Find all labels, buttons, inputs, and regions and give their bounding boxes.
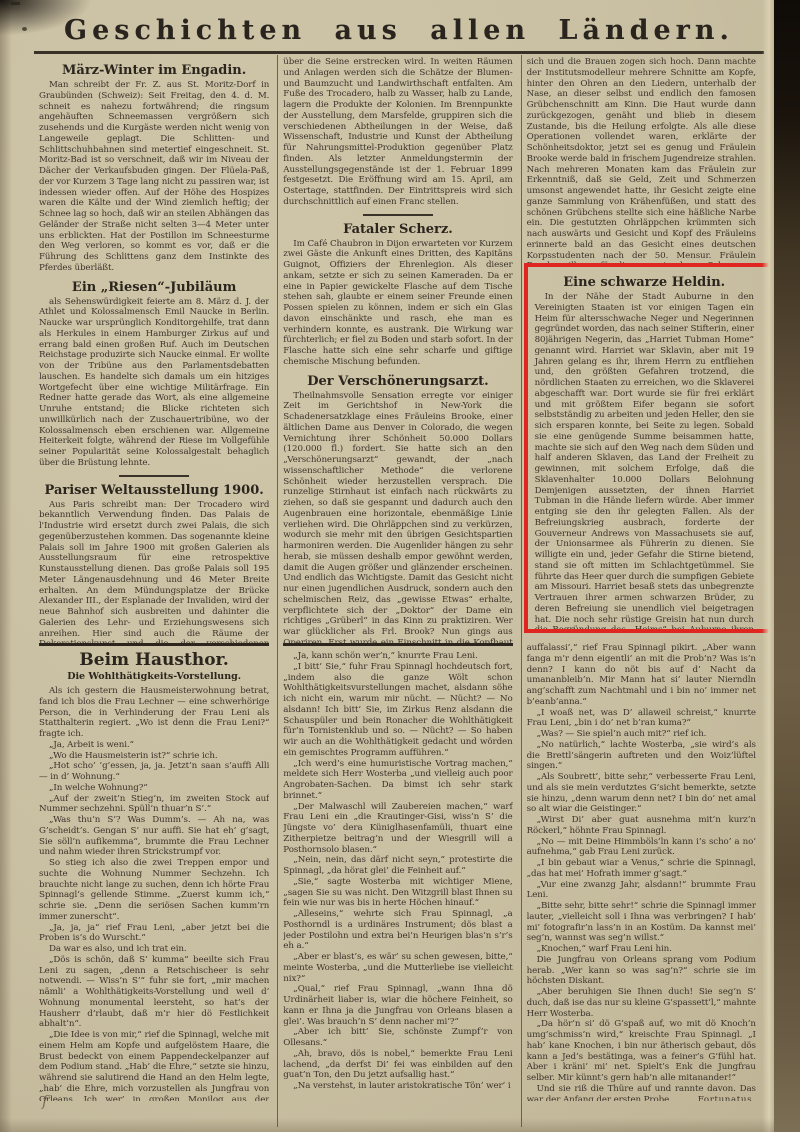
feuilleton-paragraph: „No — mit Deine Himmböls’ln kann i’s sch… — [527, 837, 756, 859]
column-2-top-section: über die Seine erstrecken wird. In weite… — [283, 57, 512, 643]
feuilleton-dialogue: „Ja, kann schön wer’n,“ knurrte Frau Len… — [283, 651, 512, 1092]
column-3-feuilleton-section: auffalassi’,“ rief Frau Spinnagl pikirt.… — [527, 643, 756, 1101]
column-layout: März-Winter im Engadin. Man schreibt der… — [34, 55, 764, 1127]
edge-shadow-right — [774, 0, 800, 1132]
edge-shadow-left — [0, 0, 12, 1132]
separator-rule — [363, 214, 433, 216]
feuilleton-paragraph: „Wo die Hausmeisterin ist?“ schrie ich. — [39, 751, 269, 762]
article-body-fataler-scherz: Im Café Chaubron in Dijon erwarteten vor… — [283, 239, 512, 368]
article-body-riesen-jubilaeum: als Sehenswürdigkeit feierte am 8. März … — [39, 297, 269, 469]
author-signature: Fortunatus. — [672, 1095, 756, 1102]
feuilleton-paragraph: „I bin gebaut wiar a Venus,“ schrie die … — [527, 858, 756, 880]
feuilleton-paragraph: „Als Soubrett’, bitte sehr,“ verbesserte… — [527, 772, 756, 815]
separator-rule — [119, 475, 189, 477]
paper-speck — [22, 27, 27, 31]
feuilleton-paragraph: „Knochen,“ warf Frau Leni hin. — [527, 944, 756, 955]
masthead-rule — [34, 51, 764, 54]
feuilleton-paragraph: „Was? — Sie spiel’n auch mit?“ rief ich. — [527, 729, 756, 740]
feuilleton-paragraph: „Alleseins,“ wehrte sich Frau Spinnagl, … — [283, 909, 512, 952]
feuilleton-title: Beim Hausthor. — [39, 651, 269, 670]
article-body-weltausstellung: Aus Paris schreibt man: Der Trocadero wi… — [39, 500, 269, 644]
feuilleton-paragraph: „Sie,“ sagte Wosterba mit wichtiger Mien… — [283, 877, 512, 909]
weltausstellung-continuation: über die Seine erstrecken wird. In weite… — [283, 57, 512, 208]
verschoenerungsarzt-continuation: sich und die Brauen zogen sich hoch. Dan… — [527, 57, 756, 263]
article-heading-weltausstellung: Pariser Weltausstellung 1900. — [39, 483, 269, 498]
feuilleton-paragraph: „Aber beruhigen Sie Ihnen duch! Sie seg’… — [527, 987, 756, 1019]
feuilleton-paragraph: „Ich werd’s eine humuristische Vortrag m… — [283, 759, 512, 802]
feuilleton-paragraph: „Dös is schön, daß S’ kumma“ beeilte sic… — [39, 955, 269, 1030]
feuilleton-paragraph: „Nein, nein, das därf nicht seyn,“ prote… — [283, 855, 512, 877]
corner-shadow-top-left — [0, 0, 92, 36]
feuilleton-paragraph: „Auf der zweit’n Stieg’n, im zweiten Sto… — [39, 794, 269, 816]
section-divider-rule — [283, 643, 512, 646]
feuilleton-paragraph: „Der Malwaschl will Zaubereien machen,“ … — [283, 802, 512, 856]
feuilleton-paragraph: „I woaß net, was D’ allaweil schreist,“ … — [527, 708, 756, 730]
feuilleton-paragraph: „Die Idee is von mir,“ rief die Spinnagl… — [39, 1030, 269, 1101]
feuilleton-paragraph: „Ja, Arbeit is weni.“ — [39, 740, 269, 751]
column-3-top-section: sich und die Brauen zogen sich hoch. Dan… — [527, 57, 756, 263]
page-content: Geschichten aus allen Ländern. März-Wint… — [34, 6, 764, 1127]
column-1: März-Winter im Engadin. Man schreibt der… — [34, 55, 277, 1127]
edge-shadow-bottom — [0, 1118, 774, 1132]
column-2: über die Seine erstrecken wird. In weite… — [277, 55, 520, 1127]
feuilleton-paragraph: Da war es also, und ich trat ein. — [39, 944, 269, 955]
article-body-verschoenerungsarzt: Theilnahmsvolle Sensation erregte vor ei… — [283, 391, 512, 644]
article-heading-schwarze-heldin: Eine schwarze Heldin. — [535, 275, 754, 290]
feuilleton-paragraph: „Vur eine zwanzg Jahr, alsdann!“ brummte… — [527, 880, 756, 902]
handwritten-mark: f — [42, 1092, 48, 1110]
highlight-region: Eine schwarze Heldin. In der Nähe der St… — [524, 263, 788, 633]
newspaper-page: Geschichten aus allen Ländern. März-Wint… — [0, 0, 800, 1132]
feuilleton-paragraph: „Na verstehst, in lauter aristokratische… — [283, 1081, 512, 1092]
article-heading-riesen-jubilaeum: Ein „Riesen“-Jubiläum — [39, 280, 269, 295]
feuilleton-paragraph: „Ja, kann schön wer’n,“ knurrte Frau Len… — [283, 651, 512, 662]
feuilleton-paragraph: auffalassi’,“ rief Frau Spinnagl pikirt.… — [527, 643, 756, 708]
section-divider-rule — [39, 643, 269, 646]
feuilleton-paragraph: „Da hör’n si’ dö G’spaß auf, wo mit dö K… — [527, 1019, 756, 1084]
feuilleton-paragraph: „Hot scho’ ’g’essen, ja, ja. Jetzt’n saa… — [39, 761, 269, 783]
feuilleton-paragraph: So stieg ich also die zwei Treppen empor… — [39, 858, 269, 923]
feuilleton-paragraph: „Bitte sehr, bitte sehr!“ schrie die Spi… — [527, 901, 756, 944]
feuilleton-paragraph: „Ah, bravo, dös is nobel,“ bemerkte Frau… — [283, 1049, 512, 1081]
feuilleton-paragraph: „No natürlich,“ lachte Wosterba, „sie wi… — [527, 740, 756, 772]
highlight-box: Eine schwarze Heldin. In der Nähe der St… — [524, 263, 788, 633]
article-heading-engadin: März-Winter im Engadin. — [39, 63, 269, 78]
article-body-schwarze-heldin: In der Nähe der Stadt Auburne in den Ver… — [535, 292, 754, 633]
column-2-feuilleton-section: „Ja, kann schön wer’n,“ knurrte Frau Len… — [283, 643, 512, 1101]
column-1-top-section: März-Winter im Engadin. Man schreibt der… — [39, 57, 269, 643]
feuilleton-paragraph: „Ja, ja, ja“ rief Frau Leni, „aber jetzt… — [39, 923, 269, 945]
feuilleton-paragraph: „Aber ich bitt’ Sie, schönste Zumpf’r vo… — [283, 1027, 512, 1049]
page-edge-highlight — [762, 0, 774, 1132]
feuilleton-paragraph: „Was thu’n S’? Was Dumm’s. — Ah na, was … — [39, 815, 269, 858]
column-3: sich und die Brauen zogen sich hoch. Dan… — [521, 55, 764, 1127]
feuilleton-paragraph: „Qual,“ rief Frau Spinnagl, „wann Ihna d… — [283, 984, 512, 1027]
masthead-title: Geschichten aus allen Ländern. — [34, 6, 764, 51]
feuilleton-dialogue: auffalassi’,“ rief Frau Spinnagl pikirt.… — [527, 643, 756, 1084]
feuilleton-paragraph: „Wirst Di’ aber guat ausnehma mit’n kurz… — [527, 815, 756, 837]
feuilleton-subtitle: Die Wohlthätigkeits-Vorstellung. — [39, 671, 269, 682]
closing-paragraph: Und sie riß die Thüre auf und rannte dav… — [527, 1084, 756, 1101]
feuilleton-paragraph: Als ich gestern die Hausmeisterwohnung b… — [39, 686, 269, 740]
article-heading-fataler-scherz: Fataler Scherz. — [283, 222, 512, 237]
feuilleton-paragraph: Die Jungfrau von Orleans sprang vom Podi… — [527, 955, 756, 987]
article-heading-verschoenerungsarzt: Der Verschönerungsarzt. — [283, 374, 512, 389]
feuilleton-paragraph: „In welche Wohnung?“ — [39, 783, 269, 794]
article-body-engadin: Man schreibt der Fr. Z. aus St. Moritz-D… — [39, 80, 269, 274]
feuilleton-paragraph: „Aber er blast’s, es wär’ su schen gewes… — [283, 952, 512, 984]
feuilleton-paragraph: „I bitt’ Sie,“ fuhr Frau Spinnagl hochde… — [283, 662, 512, 759]
feuilleton-paragraphs: Als ich gestern die Hausmeisterwohnung b… — [39, 686, 269, 1101]
paper-speck — [11, 2, 20, 5]
column-1-feuilleton-section: Beim Hausthor. Die Wohlthätigkeits-Vorst… — [39, 643, 269, 1101]
